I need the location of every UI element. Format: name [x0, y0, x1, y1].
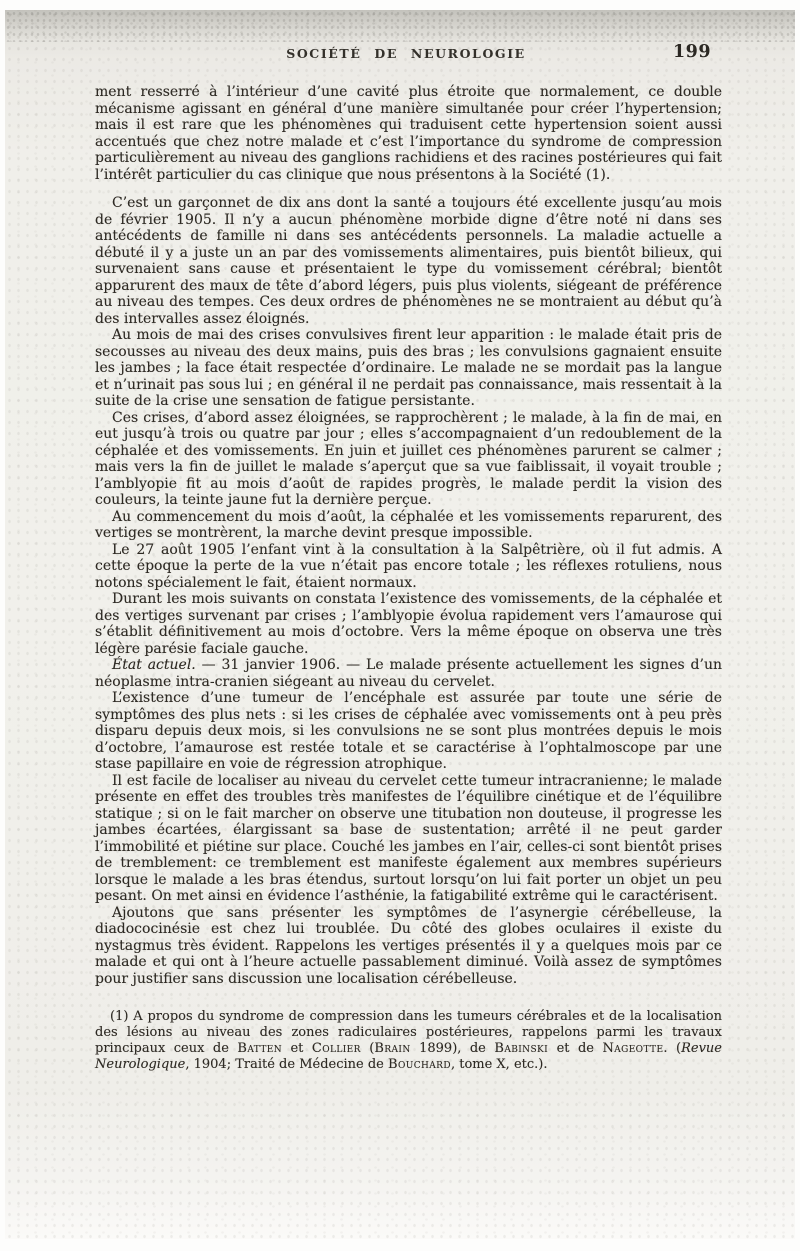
paragraph: Le 27 août 1905 l’enfant vint à la consu… — [95, 542, 722, 592]
article-body: ment resserré à l’intérieur d’une cavité… — [95, 84, 722, 1086]
text-segment: . ( — [663, 1041, 681, 1056]
text-segment: ( — [361, 1041, 375, 1056]
text-segment: Durant les mois suivants on constata l’e… — [95, 591, 722, 657]
text-segment: 1899), de — [411, 1041, 495, 1056]
paragraph: Durant les mois suivants on constata l’e… — [95, 591, 722, 657]
text-segment: et de — [548, 1041, 602, 1056]
text-segment: , tome X, etc.). — [451, 1057, 548, 1072]
text-segment: ment resserré à l’intérieur d’une cavité… — [95, 84, 722, 183]
text-segment: Nageotte — [602, 1041, 663, 1056]
text-segment: Le 27 août 1905 l’enfant vint à la consu… — [95, 542, 722, 591]
paragraph: L’existence d’une tumeur de l’encéphale … — [95, 690, 722, 773]
page-number: 199 — [673, 42, 711, 62]
paragraph: Ces crises, d’abord assez éloignées, se … — [95, 410, 722, 509]
paragraph: Ajoutons que sans présenter les symptôme… — [95, 905, 722, 988]
paragraph: C’est un garçonnet de dix ans dont la sa… — [95, 195, 722, 327]
text-segment: et — [282, 1041, 312, 1056]
text-segment: Collier — [312, 1041, 361, 1056]
text-segment: Il est facile de localiser au niveau du … — [95, 773, 722, 905]
text-segment: , 1904; Traité de Médecine de — [185, 1057, 388, 1072]
text-segment: Bouchard — [388, 1057, 451, 1072]
footnote: (1) A propos du syndrome de compression … — [95, 1009, 722, 1073]
text-segment: Babinski — [494, 1041, 548, 1056]
text-segment: C’est un garçonnet de dix ans dont la sa… — [95, 195, 722, 327]
text-segment: Ces crises, d’abord assez éloignées, se … — [95, 410, 722, 509]
text-segment: Batten — [237, 1041, 282, 1056]
text-segment: Au mois de mai des crises convulsives fi… — [95, 327, 722, 409]
paragraph: Au mois de mai des crises convulsives fi… — [95, 327, 722, 410]
paragraph: État actuel. — 31 janvier 1906. — Le mal… — [95, 657, 722, 690]
paragraph: Au commencement du mois d’août, la cépha… — [95, 509, 722, 542]
scan-background: { "header": { "title": "SOCIÉTÉ DE NEURO… — [0, 0, 800, 1251]
scan-edge-artifact — [5, 10, 795, 42]
paragraph: Il est facile de localiser au niveau du … — [95, 773, 722, 905]
text-segment: État actuel. — [112, 657, 196, 673]
page-header: SOCIÉTÉ DE NEUROLOGIE 199 — [95, 46, 717, 68]
text-segment: Au commencement du mois d’août, la cépha… — [95, 509, 722, 542]
scanned-page: SOCIÉTÉ DE NEUROLOGIE 199 ment resserré … — [5, 10, 795, 1239]
paragraph: ment resserré à l’intérieur d’une cavité… — [95, 84, 722, 183]
text-segment: L’existence d’une tumeur de l’encéphale … — [95, 690, 722, 772]
running-title: SOCIÉTÉ DE NEUROLOGIE — [95, 46, 717, 61]
text-segment: Brain — [374, 1041, 410, 1056]
text-segment: Ajoutons que sans présenter les symptôme… — [95, 905, 722, 987]
